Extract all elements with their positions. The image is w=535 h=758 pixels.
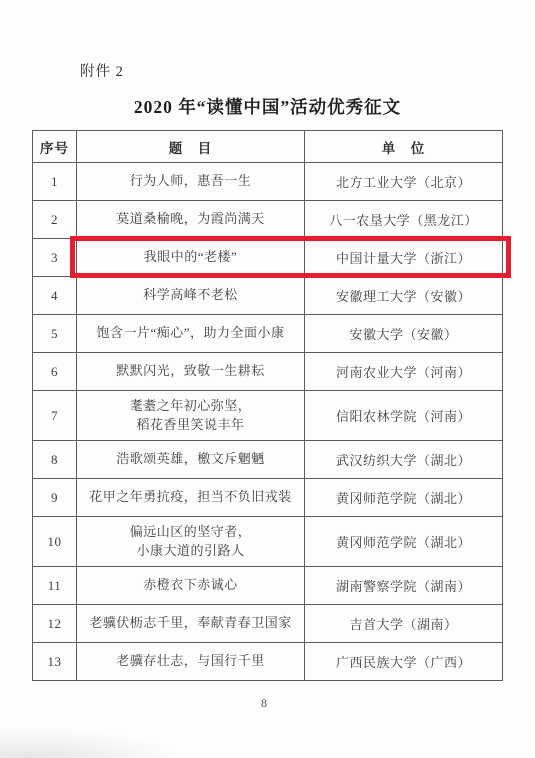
row-no: 5 bbox=[33, 315, 77, 353]
row-unit: 黄冈师范学院（湖北） bbox=[305, 517, 503, 567]
row-unit: 湖南警察学院（湖南） bbox=[305, 567, 503, 605]
row-title: 老骥伏枥志千里，奉献青春卫国家 bbox=[77, 605, 305, 643]
row-no: 2 bbox=[33, 201, 77, 239]
row-no: 1 bbox=[33, 163, 77, 201]
table-row: 6 默默闪光，致敬一生耕耘 河南农业大学（河南） bbox=[33, 353, 503, 391]
row-title: 默默闪光，致敬一生耕耘 bbox=[77, 353, 305, 391]
row-unit: 武汉纺织大学（湖北） bbox=[305, 441, 503, 479]
header-no: 序号 bbox=[33, 131, 77, 163]
table-row: 12 老骥伏枥志千里，奉献青春卫国家 吉首大学（湖南） bbox=[33, 605, 503, 643]
doc-title: 2020 年“读懂中国”活动优秀征文 bbox=[0, 94, 535, 119]
row-unit: 黄冈师范学院（湖北） bbox=[305, 479, 503, 517]
scan-smudge bbox=[0, 728, 180, 758]
row-unit: 河南农业大学（河南） bbox=[305, 353, 503, 391]
row-no: 11 bbox=[33, 567, 77, 605]
header-unit: 单 位 bbox=[305, 131, 503, 163]
row-unit: 中国计量大学（浙江） bbox=[305, 239, 503, 277]
row-title: 花甲之年勇抗疫，担当不负旧戎装 bbox=[77, 479, 305, 517]
page-number: 8 bbox=[0, 696, 528, 711]
row-title: 偏远山区的坚守者， 小康大道的引路人 bbox=[77, 517, 305, 567]
row-no: 7 bbox=[33, 391, 77, 441]
attachment-label: 附件 2 bbox=[80, 60, 124, 81]
table-row: 2 莫道桑榆晚，为霞尚满天 八一农垦大学（黑龙江） bbox=[33, 201, 503, 239]
row-title: 科学高峰不老松 bbox=[77, 277, 305, 315]
header-title: 题 目 bbox=[77, 131, 305, 163]
row-no: 6 bbox=[33, 353, 77, 391]
row-title: 老骥存壮志，与国行千里 bbox=[77, 643, 305, 681]
table-row: 8 浩歌颂英雄，檄文斥魍魉 武汉纺织大学（湖北） bbox=[33, 441, 503, 479]
row-no: 4 bbox=[33, 277, 77, 315]
row-no: 10 bbox=[33, 517, 77, 567]
table-row: 4 科学高峰不老松 安徽理工大学（安徽） bbox=[33, 277, 503, 315]
table-row: 10 偏远山区的坚守者， 小康大道的引路人 黄冈师范学院（湖北） bbox=[33, 517, 503, 567]
row-title: 浩歌颂英雄，檄文斥魍魉 bbox=[77, 441, 305, 479]
row-no: 8 bbox=[33, 441, 77, 479]
table-row: 7 耄耋之年初心弥坚， 稻花香里笑说丰年 信阳农林学院（河南） bbox=[33, 391, 503, 441]
row-title: 耄耋之年初心弥坚， 稻花香里笑说丰年 bbox=[77, 391, 305, 441]
row-no: 12 bbox=[33, 605, 77, 643]
row-title: 行为人师，惠吾一生 bbox=[77, 163, 305, 201]
row-no: 9 bbox=[33, 479, 77, 517]
row-title: 莫道桑榆晚，为霞尚满天 bbox=[77, 201, 305, 239]
row-unit: 广西民族大学（广西） bbox=[305, 643, 503, 681]
table-row: 9 花甲之年勇抗疫，担当不负旧戎装 黄冈师范学院（湖北） bbox=[33, 479, 503, 517]
table-row: 5 饱含一片“痴心”，助力全面小康 安徽大学（安徽） bbox=[33, 315, 503, 353]
row-no: 3 bbox=[33, 239, 77, 277]
row-no: 13 bbox=[33, 643, 77, 681]
essay-table: 序号 题 目 单 位 1 行为人师，惠吾一生 北方工业大学（北京） 2 莫道桑榆… bbox=[32, 130, 503, 681]
table-row-highlighted: 3 我眼中的“老楼” 中国计量大学（浙江） bbox=[33, 239, 503, 277]
row-unit: 安徽大学（安徽） bbox=[305, 315, 503, 353]
row-unit: 信阳农林学院（河南） bbox=[305, 391, 503, 441]
table-row: 13 老骥存壮志，与国行千里 广西民族大学（广西） bbox=[33, 643, 503, 681]
table-header-row: 序号 题 目 单 位 bbox=[33, 131, 503, 163]
essay-table-wrap: 序号 题 目 单 位 1 行为人师，惠吾一生 北方工业大学（北京） 2 莫道桑榆… bbox=[32, 130, 502, 681]
row-title: 我眼中的“老楼” bbox=[77, 239, 305, 277]
row-unit: 八一农垦大学（黑龙江） bbox=[305, 201, 503, 239]
row-unit: 吉首大学（湖南） bbox=[305, 605, 503, 643]
row-unit: 北方工业大学（北京） bbox=[305, 163, 503, 201]
row-unit: 安徽理工大学（安徽） bbox=[305, 277, 503, 315]
table-row: 11 赤橙衣下赤诚心 湖南警察学院（湖南） bbox=[33, 567, 503, 605]
row-title: 饱含一片“痴心”，助力全面小康 bbox=[77, 315, 305, 353]
row-title: 赤橙衣下赤诚心 bbox=[77, 567, 305, 605]
table-row: 1 行为人师，惠吾一生 北方工业大学（北京） bbox=[33, 163, 503, 201]
